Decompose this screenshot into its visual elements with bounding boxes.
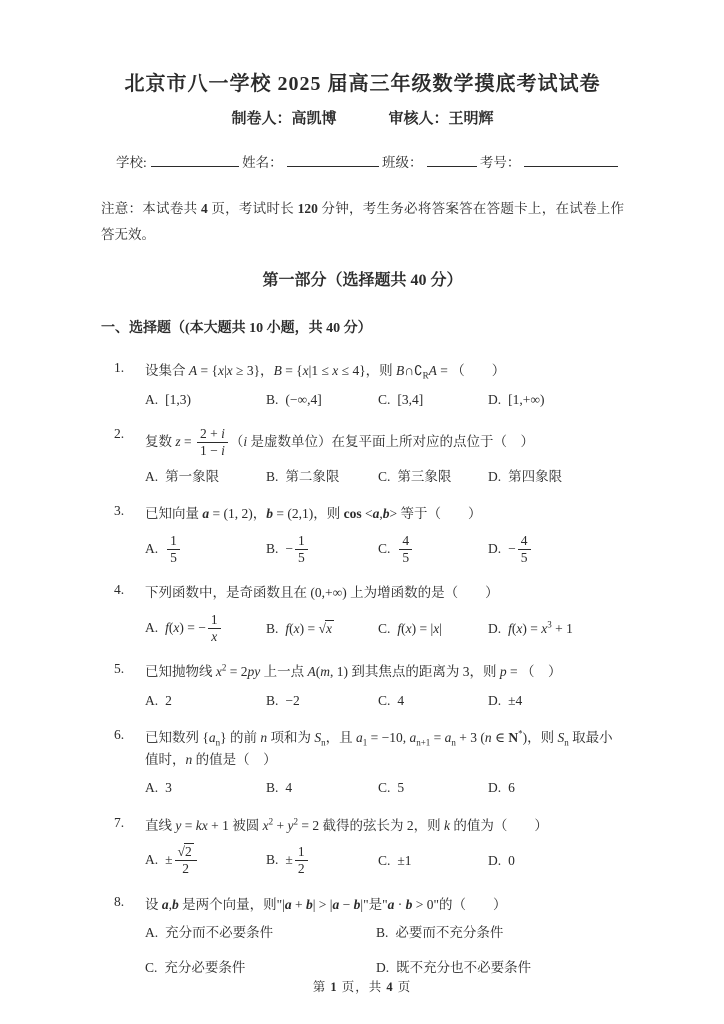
option-label: B. — [376, 925, 388, 940]
option-B: B.必要而不充分条件 — [376, 923, 624, 943]
option-A: A.±√22 — [145, 844, 266, 877]
option-A: A.第一象限 — [145, 467, 266, 487]
option-label: B. — [266, 780, 278, 795]
paper-reviewer: 审核人：王明辉 — [389, 111, 494, 127]
option-label: D. — [488, 621, 501, 636]
option-label: C. — [378, 541, 390, 556]
option-label: C. — [378, 693, 390, 708]
option-A: A.2 — [145, 691, 266, 711]
option-label: D. — [376, 960, 389, 975]
option-label: A. — [145, 469, 158, 484]
question-6: 6.已知数列 {an} 的前 n 项和为 Sn，且 a1 = −10, an+1… — [114, 727, 624, 798]
option-D: D.[1,+∞) — [488, 390, 624, 410]
options-row: A.[1,3)B.(−∞,4]C.[3,4]D.[1,+∞) — [145, 390, 624, 410]
option-label: D. — [488, 693, 501, 708]
option-D: D.6 — [488, 778, 624, 798]
fraction: 45 — [399, 533, 412, 566]
question-body: 复数 z = 2 + i1 − i（i 是虚数单位）在复平面上所对应的点位于（ … — [145, 426, 624, 488]
option-B: B.(−∞,4] — [266, 390, 378, 410]
question-number: 5. — [114, 661, 145, 711]
option-label: B. — [266, 541, 278, 556]
page-number: 第 1 页，共 4 页 — [0, 977, 724, 995]
option-label: B. — [266, 693, 278, 708]
school-label: 学校: — [116, 155, 147, 170]
name-blank — [287, 153, 379, 167]
option-C: C.[3,4] — [378, 390, 488, 410]
paper-maker: 制卷人：高凯博 — [231, 111, 336, 127]
question-body: 设 a,b 是两个向量，则"|a + b| > |a − b|"是"a · b … — [145, 894, 624, 978]
option-B: B.第二象限 — [266, 467, 378, 487]
fraction: √22 — [175, 844, 197, 877]
option-D: D.−45 — [488, 533, 624, 566]
options-row: A.第一象限B.第二象限C.第三象限D.第四象限 — [145, 467, 624, 487]
radical: √2 — [178, 844, 194, 860]
option-C: C.f(x) = |x| — [378, 619, 488, 639]
question-number: 3. — [114, 503, 145, 566]
question-1: 1.设集合 A = {x|x ≥ 3}，B = {x|1 ≤ x ≤ 4}，则 … — [114, 360, 624, 410]
option-label: A. — [145, 852, 158, 867]
question-4: 4.下列函数中，是奇函数且在 (0,+∞) 上为增函数的是（ ）A.f(x) =… — [114, 582, 624, 645]
fraction: 1x — [208, 612, 221, 645]
question-body: 已知向量 a = (1, 2)，b = (2,1)，则 cos <a,b> 等于… — [145, 503, 624, 566]
question-stem: 已知数列 {an} 的前 n 项和为 Sn，且 a1 = −10, an+1 =… — [145, 727, 624, 770]
name-label: 姓名： — [242, 155, 283, 170]
option-D: D.既不充分也不必要条件 — [376, 958, 624, 978]
question-body: 设集合 A = {x|x ≥ 3}，B = {x|1 ≤ x ≤ 4}，则 B∩… — [145, 360, 624, 410]
fraction: 15 — [167, 533, 180, 566]
class-label: 班级： — [382, 155, 423, 170]
option-A: A.[1,3) — [145, 390, 266, 410]
option-label: A. — [145, 541, 158, 556]
question-stem: 设集合 A = {x|x ≥ 3}，B = {x|1 ≤ x ≤ 4}，则 B∩… — [145, 360, 624, 382]
question-stem: 复数 z = 2 + i1 − i（i 是虚数单位）在复平面上所对应的点位于（ … — [145, 426, 624, 459]
option-label: A. — [145, 392, 158, 407]
option-C: C.4 — [378, 691, 488, 711]
option-B: B.−15 — [266, 533, 378, 566]
option-B: B.f(x) = √x — [266, 619, 378, 639]
option-label: B. — [266, 852, 278, 867]
option-label: B. — [266, 621, 278, 636]
question-5: 5.已知抛物线 x2 = 2py 上一点 A(m, 1) 到其焦点的距离为 3，… — [114, 661, 624, 711]
question-stem: 直线 y = kx + 1 被圆 x2 + y2 = 2 截得的弦长为 2，则 … — [145, 815, 624, 837]
exam-title: 北京市八一学校 2025 届高三年级数学摸底考试试卷 — [101, 70, 624, 98]
option-C: C.第三象限 — [378, 467, 488, 487]
student-info-line: 学校: 姓名： 班级： 考号： — [101, 151, 624, 171]
option-D: D.0 — [488, 851, 624, 871]
option-label: C. — [378, 392, 390, 407]
option-C: C.5 — [378, 778, 488, 798]
option-A: A.15 — [145, 533, 266, 566]
question-2: 2.复数 z = 2 + i1 − i（i 是虚数单位）在复平面上所对应的点位于… — [114, 426, 624, 488]
fraction: 15 — [295, 533, 308, 566]
question-stem: 下列函数中，是奇函数且在 (0,+∞) 上为增函数的是（ ） — [145, 582, 624, 604]
option-label: D. — [488, 469, 501, 484]
question-stem: 已知抛物线 x2 = 2py 上一点 A(m, 1) 到其焦点的距离为 3，则 … — [145, 661, 624, 683]
class-blank — [427, 153, 477, 167]
option-A: A.充分而不必要条件 — [145, 923, 376, 943]
fraction: 45 — [518, 533, 531, 566]
question-body: 直线 y = kx + 1 被圆 x2 + y2 = 2 截得的弦长为 2，则 … — [145, 815, 624, 878]
option-label: A. — [145, 620, 158, 635]
question-list: 1.设集合 A = {x|x ≥ 3}，B = {x|1 ≤ x ≤ 4}，则 … — [101, 360, 624, 978]
question-body: 下列函数中，是奇函数且在 (0,+∞) 上为增函数的是（ ）A.f(x) = −… — [145, 582, 624, 645]
question-3: 3.已知向量 a = (1, 2)，b = (2,1)，则 cos <a,b> … — [114, 503, 624, 566]
exam-number-label: 考号： — [480, 155, 521, 170]
question-number: 6. — [114, 727, 145, 798]
option-label: A. — [145, 925, 158, 940]
option-A: A.f(x) = −1x — [145, 612, 266, 645]
options-row: A.3B.4C.5D.6 — [145, 778, 624, 798]
option-D: D.±4 — [488, 691, 624, 711]
question-number: 1. — [114, 360, 145, 410]
options-row: A.充分而不必要条件B.必要而不充分条件C.充分必要条件D.既不充分也不必要条件 — [145, 923, 624, 978]
option-label: A. — [145, 693, 158, 708]
exam-notice: 注意：本试卷共 4 页，考试时长 120 分钟，考生务必将答案答在答题卡上，在试… — [101, 196, 624, 248]
question-body: 已知数列 {an} 的前 n 项和为 Sn，且 a1 = −10, an+1 =… — [145, 727, 624, 798]
question-stem: 已知向量 a = (1, 2)，b = (2,1)，则 cos <a,b> 等于… — [145, 503, 624, 525]
question-number: 2. — [114, 426, 145, 488]
option-label: B. — [266, 392, 278, 407]
option-C: C.充分必要条件 — [145, 958, 376, 978]
option-label: D. — [488, 541, 501, 556]
question-number: 4. — [114, 582, 145, 645]
option-label: D. — [488, 853, 501, 868]
option-D: D.第四象限 — [488, 467, 624, 487]
option-label: D. — [488, 780, 501, 795]
section-title: 第一部分（选择题共 40 分） — [101, 267, 624, 290]
option-label: C. — [378, 621, 390, 636]
option-C: C.45 — [378, 533, 488, 566]
question-body: 已知抛物线 x2 = 2py 上一点 A(m, 1) 到其焦点的距离为 3，则 … — [145, 661, 624, 711]
option-label: C. — [378, 853, 390, 868]
option-label: C. — [378, 469, 390, 484]
options-row: A.2B.−2C.4D.±4 — [145, 691, 624, 711]
exam-page: 北京市八一学校 2025 届高三年级数学摸底考试试卷 制卷人：高凯博审核人：王明… — [0, 0, 724, 1024]
option-B: B.±12 — [266, 844, 378, 877]
question-8: 8.设 a,b 是两个向量，则"|a + b| > |a − b|"是"a · … — [114, 894, 624, 978]
option-C: C.±1 — [378, 851, 488, 871]
option-D: D.f(x) = x3 + 1 — [488, 619, 624, 639]
option-B: B.4 — [266, 778, 378, 798]
option-A: A.3 — [145, 778, 266, 798]
option-label: A. — [145, 780, 158, 795]
option-label: B. — [266, 469, 278, 484]
fraction: 12 — [295, 844, 308, 877]
options-row: A.±√22B.±12C.±1D.0 — [145, 844, 624, 877]
exam-number-blank — [524, 153, 618, 167]
options-row: A.f(x) = −1xB.f(x) = √xC.f(x) = |x|D.f(x… — [145, 612, 624, 645]
options-row: A.15B.−15C.45D.−45 — [145, 533, 624, 566]
subsection-title: 一、选择题（(本大题共 10 小题，共 40 分） — [101, 317, 624, 337]
question-7: 7.直线 y = kx + 1 被圆 x2 + y2 = 2 截得的弦长为 2，… — [114, 815, 624, 878]
option-label: C. — [378, 780, 390, 795]
option-label: C. — [145, 960, 157, 975]
question-number: 8. — [114, 894, 145, 978]
question-number: 7. — [114, 815, 145, 878]
school-blank — [151, 153, 239, 167]
option-B: B.−2 — [266, 691, 378, 711]
question-stem: 设 a,b 是两个向量，则"|a + b| > |a − b|"是"a · b … — [145, 894, 624, 916]
authors-line: 制卷人：高凯博审核人：王明辉 — [101, 107, 624, 128]
option-label: D. — [488, 392, 501, 407]
fraction: 2 + i1 − i — [197, 426, 228, 459]
radical: √x — [319, 619, 334, 639]
page-content: 北京市八一学校 2025 届高三年级数学摸底考试试卷 制卷人：高凯博审核人：王明… — [0, 0, 724, 978]
